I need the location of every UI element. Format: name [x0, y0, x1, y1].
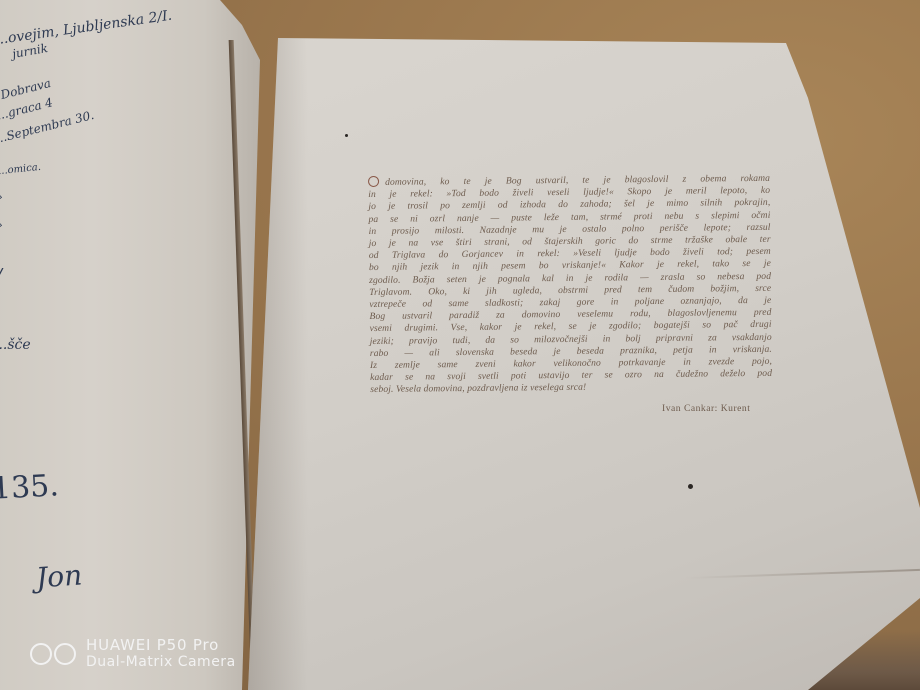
handwritten-signature: Jon — [35, 558, 83, 594]
printed-text-block: domovina, ko te je Bog ustvaril, te je b… — [368, 172, 772, 397]
handwritten-number: 135. — [0, 468, 60, 506]
watermark-brand: HUAWEI P50 Pro — [86, 637, 236, 654]
dropcap-o — [368, 176, 379, 187]
paper-speck — [345, 134, 348, 137]
dual-lens-logo-icon — [30, 643, 76, 665]
handwritten-note: ...šče — [0, 337, 31, 353]
attribution: Ivan Cankar: Kurent — [662, 403, 750, 414]
camera-watermark: HUAWEI P50 Pro Dual-Matrix Camera — [30, 637, 236, 671]
handwritten-mark: › — [0, 190, 3, 204]
watermark-subtitle: Dual-Matrix Camera — [86, 654, 236, 671]
handwritten-mark: / — [0, 265, 2, 286]
paper-speck — [688, 484, 693, 489]
handwritten-mark: › — [0, 218, 3, 232]
